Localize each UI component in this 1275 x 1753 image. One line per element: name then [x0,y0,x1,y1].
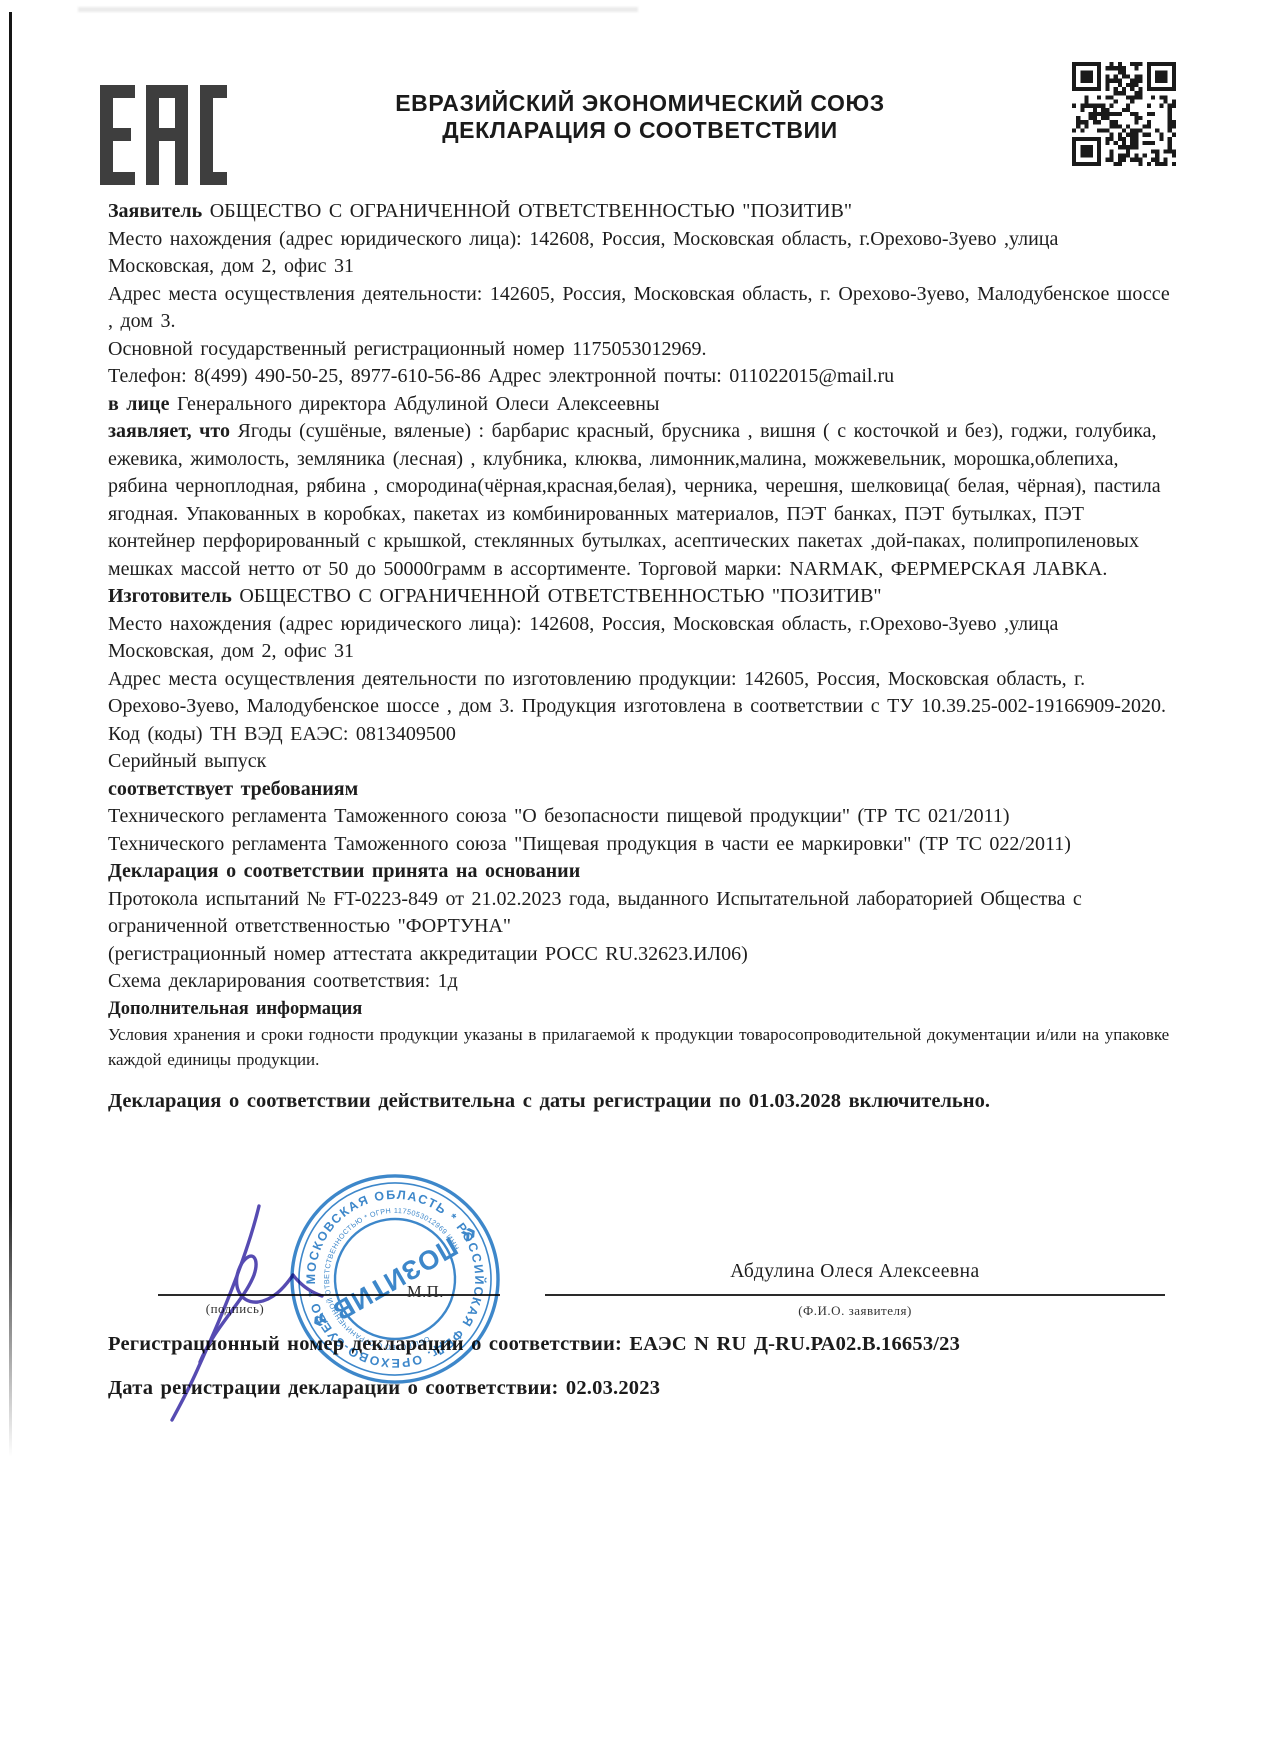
scan-artifact-line [9,12,12,1457]
fio-line [545,1294,1165,1296]
company-stamp: г. ОРЕХОВО-ЗУЕВО * МОСКОВСКАЯ ОБЛАСТЬ * … [277,1161,513,1397]
document-text: Заявитель ОБЩЕСТВО С ОГРАНИЧЕННОЙ ОТВЕТС… [108,198,1170,1115]
paragraph: Декларация о соответствии действительна … [108,1088,1170,1116]
paragraph-lead: Заявитель [108,200,202,222]
paragraph: Технического регламента Таможенного союз… [108,803,1170,831]
stamp-center-text: « ПОЗИТИВ » [306,1219,484,1339]
applicant-name: Абдулина Олеся Алексеевна [545,1261,1165,1283]
eac-logo-icon [98,84,228,186]
paragraph: Место нахождения (адрес юридического лиц… [108,611,1170,666]
document-title: ЕВРАЗИЙСКИЙ ЭКОНОМИЧЕСКИЙ СОЮЗ ДЕКЛАРАЦИ… [300,90,980,144]
title-line-1: ЕВРАЗИЙСКИЙ ЭКОНОМИЧЕСКИЙ СОЮЗ [300,90,980,117]
paragraph-lead: в лице [108,393,169,415]
paragraph: Дополнительная информация [108,996,1170,1022]
paragraph-lead: заявляет, что [108,420,230,442]
paragraph: Условия хранения и сроки годности продук… [108,1022,1170,1073]
paragraph: Серийный выпуск [108,748,1170,776]
paragraph: соответствует требованиям [108,776,1170,804]
paragraph: (регистрационный номер аттестата аккреди… [108,941,1170,969]
paragraph: Протокола испытаний № FT-0223-849 от 21.… [108,886,1170,941]
paragraph: Основной государственный регистрационный… [108,336,1170,364]
registration-number-line: Регистрационный номер декларации о соотв… [108,1333,960,1356]
paragraph: Декларация о соответствии принята на осн… [108,858,1170,886]
paragraph: Изготовитель ОБЩЕСТВО С ОГРАНИЧЕННОЙ ОТВ… [108,583,1170,611]
paragraph: в лице Генерального директора Абдулиной … [108,391,1170,419]
paragraph: заявляет, что Ягоды (сушёные, вяленые) :… [108,418,1170,583]
paragraph: Место нахождения (адрес юридического лиц… [108,226,1170,281]
paragraph: Заявитель ОБЩЕСТВО С ОГРАНИЧЕННОЙ ОТВЕТС… [108,198,1170,226]
qr-code [1072,62,1176,166]
paragraph: Схема декларирования соответствия: 1д [108,968,1170,996]
title-line-2: ДЕКЛАРАЦИЯ О СООТВЕТСТВИИ [300,117,980,144]
paragraph: Технического регламента Таможенного союз… [108,831,1170,859]
paragraph-lead: Изготовитель [108,585,232,607]
paragraph: Адрес места осуществления деятельности: … [108,281,1170,336]
paragraph: Телефон: 8(499) 490-50-25, 8977-610-56-8… [108,363,1170,391]
declaration-document-page: { "header": { "eac_mark": "EAC", "title_… [0,0,1275,1753]
paragraph: Адрес места осуществления деятельности п… [108,666,1170,721]
paragraph: Код (коды) ТН ВЭД ЕАЭС: 0813409500 [108,721,1170,749]
fio-caption: (Ф.И.О. заявителя) [545,1303,1165,1319]
scan-artifact-smudge [78,7,638,12]
